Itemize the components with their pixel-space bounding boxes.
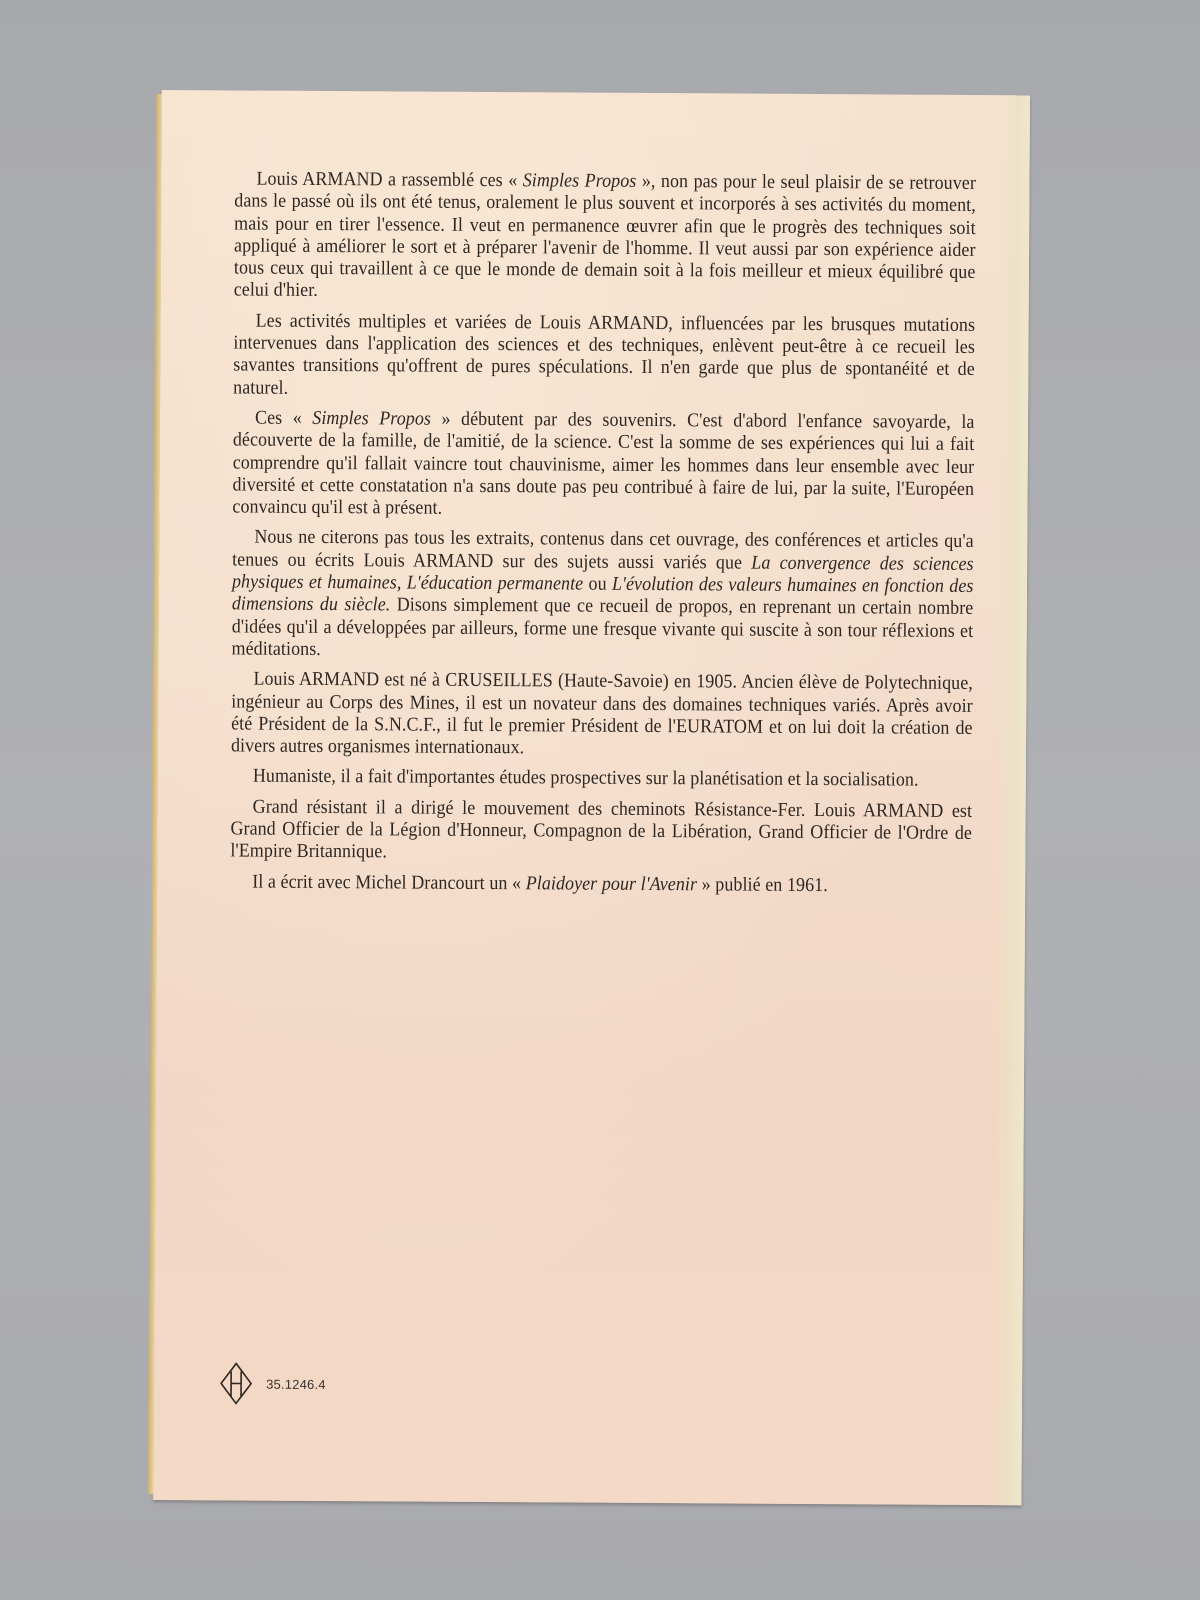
paragraph-biography: Louis ARMAND est né à CRUSEILLES (Haute-… [231, 669, 973, 763]
body-text: Louis ARMAND a rassemblé ces « [256, 169, 522, 192]
body-text: Ces « [255, 408, 312, 429]
publisher-logo-icon [220, 1362, 252, 1404]
paragraph-souvenirs: Ces « Simples Propos » débutent par des … [232, 407, 974, 523]
paragraph-extracts: Nous ne citerons pas tous les extraits, … [232, 527, 974, 665]
italic-title-text: Simples Propos [312, 408, 431, 430]
paragraph-humaniste: Humaniste, il a fait d'importantes étude… [231, 766, 973, 793]
paragraph-activities: Les activités multiples et variées de Lo… [233, 310, 975, 404]
book-back-cover: Louis ARMAND a rassemblé ces « Simples P… [153, 90, 1030, 1505]
body-text: Il a écrit avec Michel Drancourt un « [252, 871, 526, 894]
body-text: Les activités multiples et variées de Lo… [233, 310, 975, 398]
body-text: ou [583, 574, 612, 595]
body-text: Louis ARMAND est né à CRUSEILLES (Haute-… [231, 669, 973, 759]
body-text: Grand résistant il a dirigé le mouvement… [230, 796, 972, 862]
blurb-text: Louis ARMAND a rassemblé ces « Simples P… [230, 168, 976, 905]
italic-title-text: Simples Propos [523, 170, 637, 192]
paragraph-resistance: Grand résistant il a dirigé le mouvement… [230, 796, 972, 867]
cover-footer: 35.1246.4 [220, 1362, 326, 1405]
body-text: » publié en 1961. [697, 874, 828, 896]
paragraph-plaidoyer: Il a écrit avec Michel Drancourt un « Pl… [230, 871, 972, 898]
italic-title-text: Plaidoyer pour l'Avenir [526, 873, 698, 895]
paragraph-intro: Louis ARMAND a rassemblé ces « Simples P… [234, 168, 976, 306]
body-text: Humaniste, il a fait d'importantes étude… [253, 766, 919, 791]
catalog-number: 35.1246.4 [266, 1376, 326, 1391]
